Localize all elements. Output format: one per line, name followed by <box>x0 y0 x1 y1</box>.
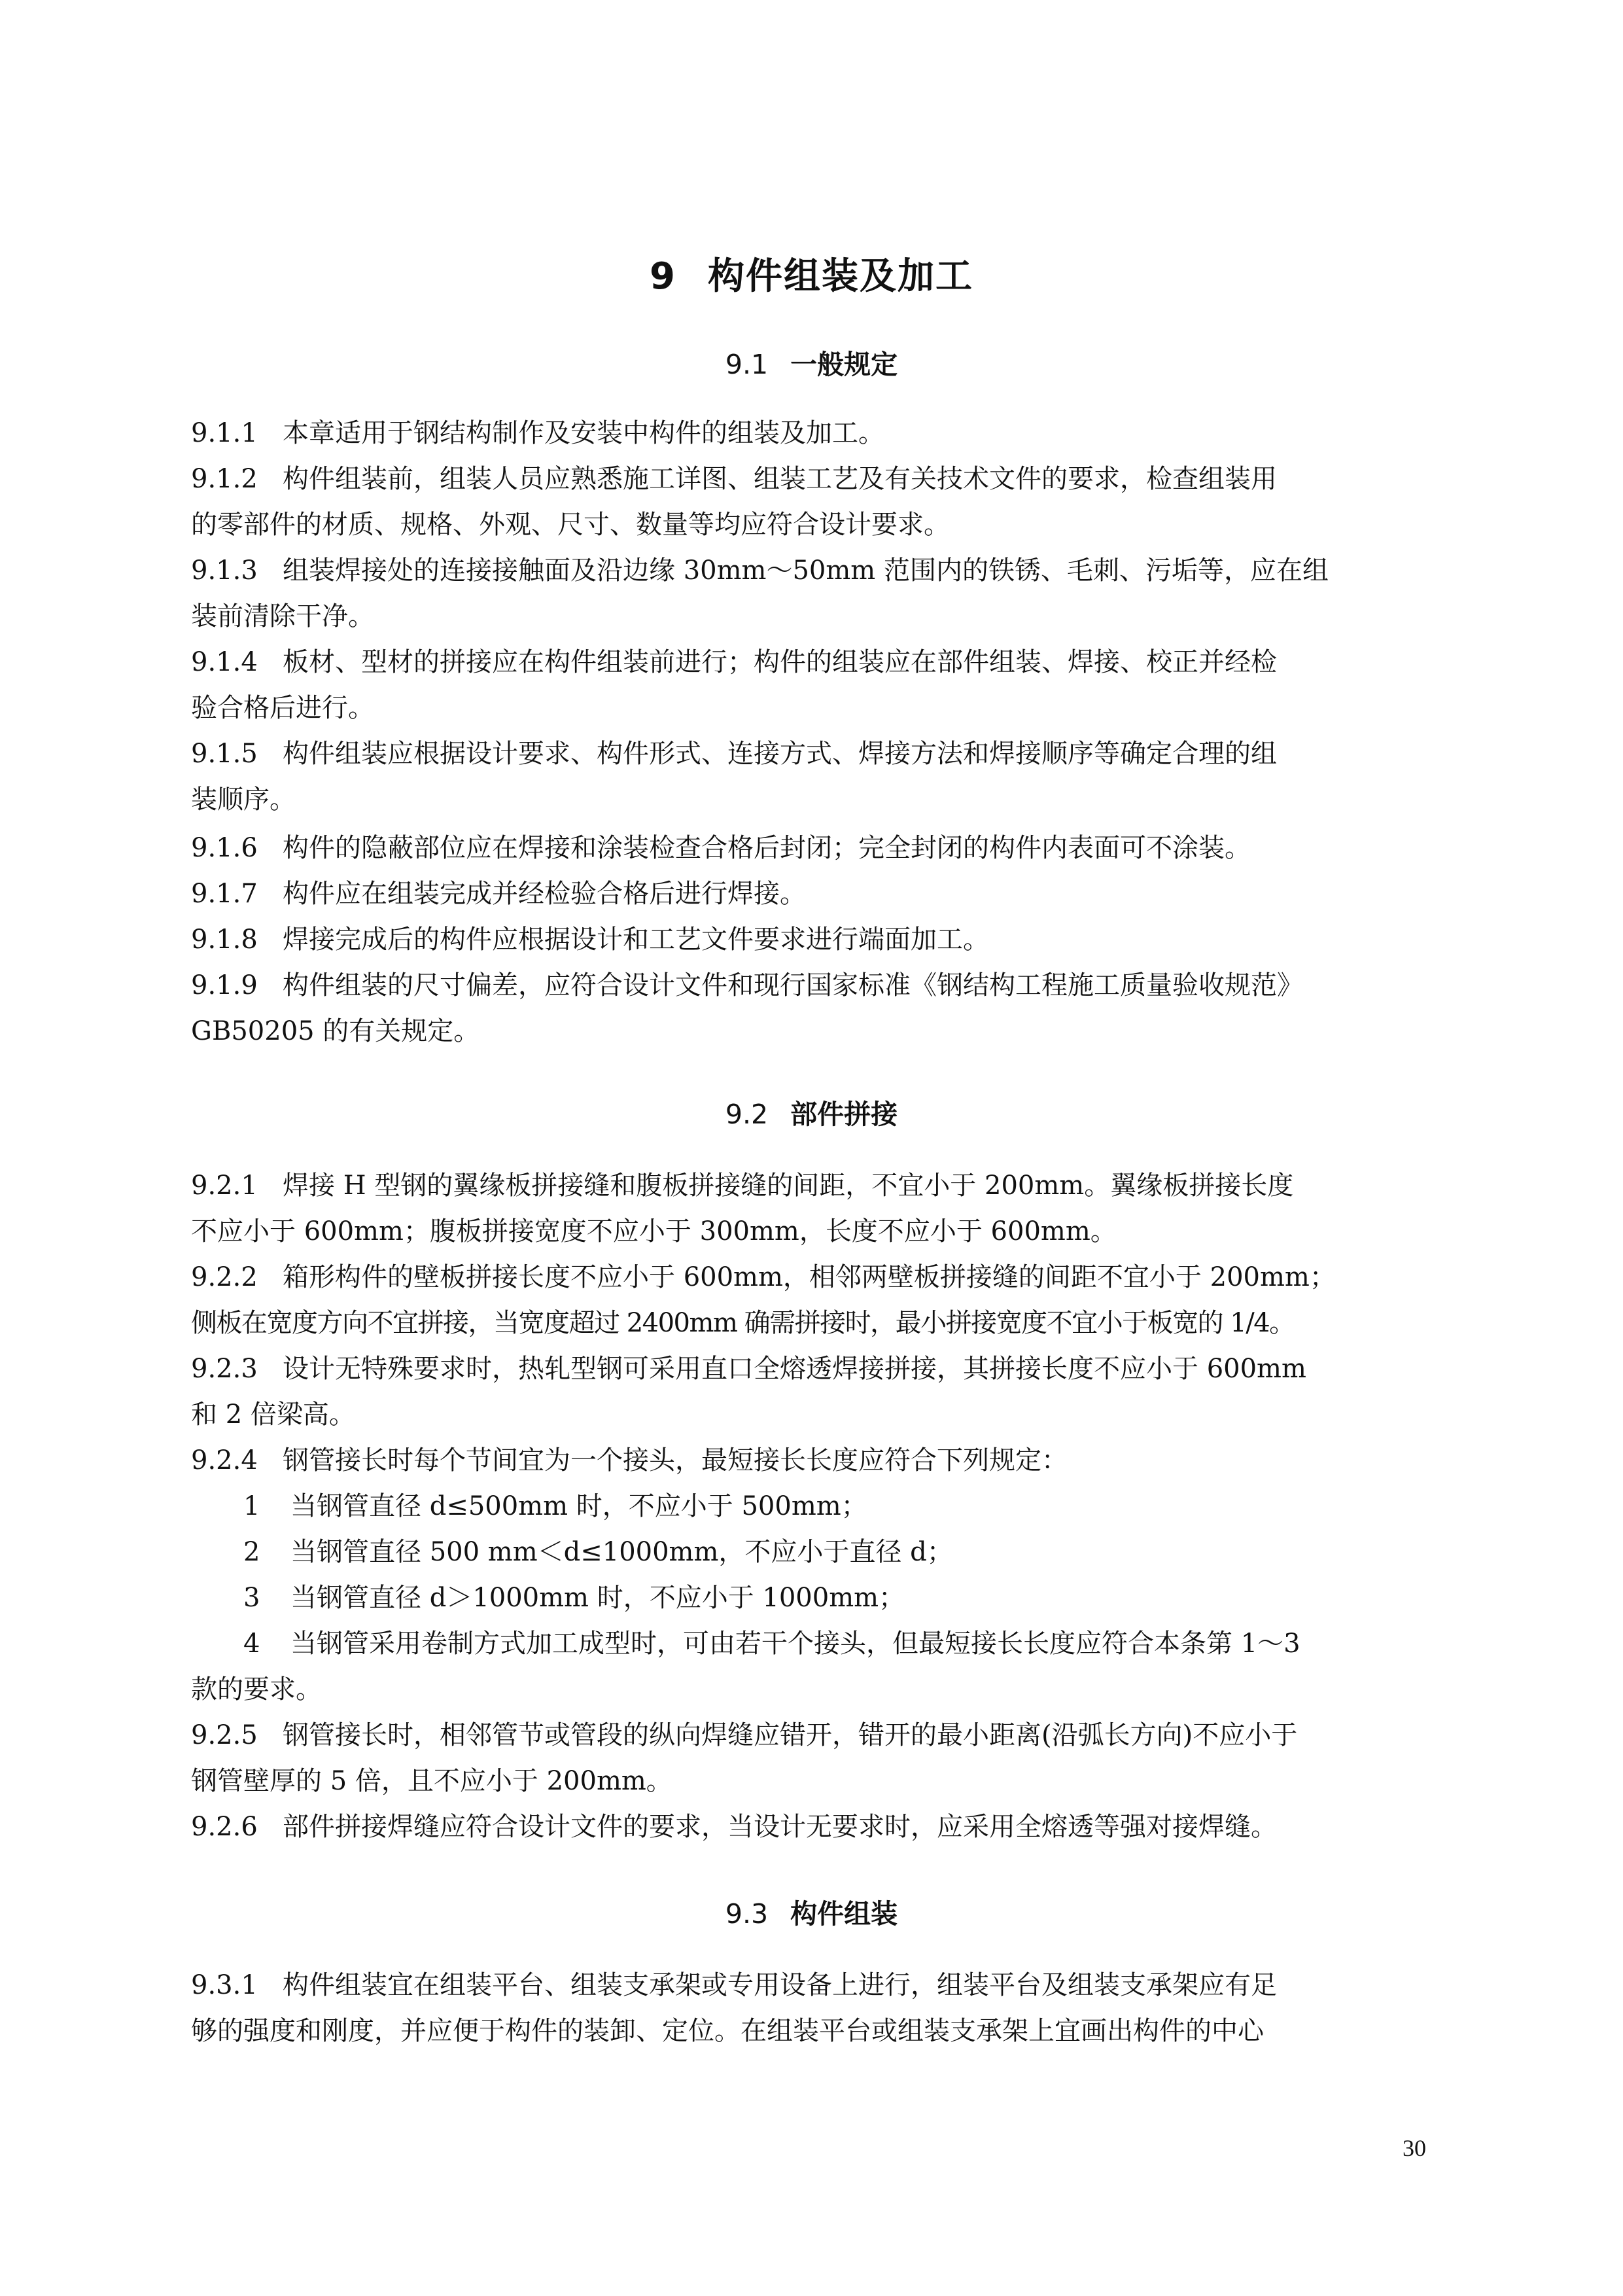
section-number: 9.3 <box>725 1898 768 1930</box>
clause-9-1-5-cont: 装顺序。 <box>191 783 1434 817</box>
clause-text: 设计无特殊要求时，热轧型钢可采用直口全熔透焊接拼接，其拼接长度不应小于 600m… <box>283 1354 1306 1384</box>
page-number: 30 <box>1403 2134 1426 2162</box>
clause-9-2-3: 9.2.3设计无特殊要求时，热轧型钢可采用直口全熔透焊接拼接，其拼接长度不应小于… <box>191 1352 1434 1386</box>
clause-9-2-1: 9.2.1焊接 H 型钢的翼缘板拼接缝和腹板拼接缝的间距，不宜小于 200mm。… <box>191 1169 1434 1203</box>
clause-number: 9.2.4 <box>191 1443 283 1477</box>
clause-text: 钢管壁厚的 5 倍，且不应小于 200mm。 <box>191 1766 672 1796</box>
section-title-text: 一般规定 <box>790 349 898 380</box>
chapter-title: 9构件组装及加工 <box>0 247 1623 300</box>
clause-text: 的零部件的材质、规格、外观、尺寸、数量等均应符合设计要求。 <box>191 510 950 540</box>
clause-9-1-3: 9.1.3组装焊接处的连接接触面及沿边缘 30mm～50mm 范围内的铁锈、毛刺… <box>191 554 1434 588</box>
clause-text: 焊接 H 型钢的翼缘板拼接缝和腹板拼接缝的间距，不宜小于 200mm。翼缘板拼接… <box>283 1171 1293 1201</box>
clause-text: 构件组装宜在组装平台、组装支承架或专用设备上进行，组装平台及组装支承架应有足 <box>283 1970 1277 2000</box>
clause-9-1-6: 9.1.6构件的隐蔽部位应在焊接和涂装检查合格后封闭；完全封闭的构件内表面可不涂… <box>191 831 1434 865</box>
section-title-9-3: 9.3构件组装 <box>0 1892 1623 1931</box>
clause-number: 9.1.7 <box>191 877 283 911</box>
clause-text: 构件组装应根据设计要求、构件形式、连接方式、焊接方法和焊接顺序等确定合理的组 <box>283 739 1277 769</box>
item-text: 款的要求。 <box>191 1674 322 1704</box>
item-number: 2 <box>243 1535 290 1569</box>
clause-9-2-4: 9.2.4钢管接长时每个节间宜为一个接头，最短接长长度应符合下列规定： <box>191 1443 1434 1477</box>
clause-9-2-4-item-4: 4当钢管采用卷制方式加工成型时，可由若干个接头，但最短接长长度应符合本条第 1～… <box>243 1627 1434 1661</box>
clause-9-1-3-cont: 装前清除干净。 <box>191 599 1434 633</box>
clause-text: 组装焊接处的连接接触面及沿边缘 30mm～50mm 范围内的铁锈、毛刺、污垢等，… <box>283 556 1329 586</box>
clause-text: 够的强度和刚度，并应便于构件的装卸、定位。在组装平台或组装支承架上宜画出构件的中… <box>191 2016 1264 2046</box>
clause-9-2-1-cont: 不应小于 600mm；腹板拼接宽度不应小于 300mm，长度不应小于 600mm… <box>191 1214 1434 1248</box>
section-title-text: 构件组装 <box>790 1898 898 1930</box>
clause-9-2-5: 9.2.5钢管接长时，相邻管节或管段的纵向焊缝应错开，错开的最小距离(沿弧长方向… <box>191 1718 1434 1752</box>
clause-number: 9.1.2 <box>191 462 283 496</box>
chapter-title-text: 构件组装及加工 <box>708 255 973 298</box>
section-number: 9.1 <box>725 349 768 380</box>
clause-number: 9.1.4 <box>191 645 283 679</box>
clause-text: 焊接完成后的构件应根据设计和工艺文件要求进行端面加工。 <box>283 925 989 955</box>
clause-text: 构件组装的尺寸偏差，应符合设计文件和现行国家标准《钢结构工程施工质量验收规范》 <box>283 970 1303 1000</box>
clause-number: 9.1.9 <box>191 968 283 1002</box>
clause-9-2-6: 9.2.6部件拼接焊缝应符合设计文件的要求，当设计无要求时，应采用全熔透等强对接… <box>191 1810 1434 1844</box>
clause-text: 钢管接长时每个节间宜为一个接头，最短接长长度应符合下列规定： <box>283 1445 1068 1475</box>
clause-number: 9.2.3 <box>191 1352 283 1386</box>
section-title-9-2: 9.2部件拼接 <box>0 1093 1623 1131</box>
clause-9-2-3-cont: 和 2 倍梁高。 <box>191 1398 1434 1432</box>
clause-9-1-5: 9.1.5构件组装应根据设计要求、构件形式、连接方式、焊接方法和焊接顺序等确定合… <box>191 737 1434 771</box>
clause-text: 构件应在组装完成并经检验合格后进行焊接。 <box>283 879 806 909</box>
clause-9-3-1: 9.3.1构件组装宜在组装平台、组装支承架或专用设备上进行，组装平台及组装支承架… <box>191 1968 1434 2002</box>
document-page: 9构件组装及加工 9.1一般规定 9.1.1本章适用于钢结构制作及安装中构件的组… <box>0 0 1623 2296</box>
clause-number: 9.3.1 <box>191 1968 283 2002</box>
clause-number: 9.2.1 <box>191 1169 283 1203</box>
clause-9-1-9: 9.1.9构件组装的尺寸偏差，应符合设计文件和现行国家标准《钢结构工程施工质量验… <box>191 968 1434 1002</box>
clause-text: GB50205 的有关规定。 <box>191 1016 480 1046</box>
clause-number: 9.1.8 <box>191 923 283 957</box>
clause-9-2-4-item-2: 2当钢管直径 500 mm＜d≤1000mm，不应小于直径 d； <box>243 1535 1486 1569</box>
clause-9-2-2-cont: 侧板在宽度方向不宜拼接，当宽度超过 2400mm 确需拼接时，最小拼接宽度不宜小… <box>191 1306 1434 1340</box>
clause-text: 本章适用于钢结构制作及安装中构件的组装及加工。 <box>283 418 884 448</box>
clause-text: 装前清除干净。 <box>191 601 374 631</box>
clause-text: 验合格后进行。 <box>191 693 374 723</box>
clause-number: 9.1.1 <box>191 416 283 450</box>
clause-9-3-1-cont: 够的强度和刚度，并应便于构件的装卸、定位。在组装平台或组装支承架上宜画出构件的中… <box>191 2014 1434 2048</box>
clause-number: 9.1.6 <box>191 831 283 865</box>
clause-9-1-8: 9.1.8焊接完成后的构件应根据设计和工艺文件要求进行端面加工。 <box>191 923 1434 957</box>
clause-9-1-2: 9.1.2构件组装前，组装人员应熟悉施工详图、组装工艺及有关技术文件的要求，检查… <box>191 462 1434 496</box>
clause-9-2-4-item-4-cont: 款的要求。 <box>191 1672 1434 1706</box>
clause-9-1-4: 9.1.4板材、型材的拼接应在构件组装前进行；构件的组装应在部件组装、焊接、校正… <box>191 645 1434 679</box>
clause-number: 9.1.3 <box>191 554 283 588</box>
clause-9-2-4-item-1: 1当钢管直径 d≤500mm 时，不应小于 500mm； <box>243 1489 1486 1523</box>
clause-9-1-2-cont: 的零部件的材质、规格、外观、尺寸、数量等均应符合设计要求。 <box>191 508 1434 542</box>
item-number: 1 <box>243 1489 290 1523</box>
item-text: 当钢管直径 500 mm＜d≤1000mm，不应小于直径 d； <box>290 1537 953 1567</box>
section-title-9-1: 9.1一般规定 <box>0 343 1623 381</box>
item-text: 当钢管直径 d≤500mm 时，不应小于 500mm； <box>290 1491 867 1521</box>
clause-text: 不应小于 600mm；腹板拼接宽度不应小于 300mm，长度不应小于 600mm… <box>191 1216 1117 1246</box>
clause-text: 钢管接长时，相邻管节或管段的纵向焊缝应错开，错开的最小距离(沿弧长方向)不应小于 <box>283 1720 1297 1750</box>
clause-text: 和 2 倍梁高。 <box>191 1400 355 1430</box>
clause-text: 侧板在宽度方向不宜拼接，当宽度超过 2400mm 确需拼接时，最小拼接宽度不宜小… <box>191 1308 1295 1338</box>
section-title-text: 部件拼接 <box>790 1099 898 1130</box>
clause-text: 板材、型材的拼接应在构件组装前进行；构件的组装应在部件组装、焊接、校正并经检 <box>283 647 1277 677</box>
clause-9-1-7: 9.1.7构件应在组装完成并经检验合格后进行焊接。 <box>191 877 1434 911</box>
clause-text: 构件组装前，组装人员应熟悉施工详图、组装工艺及有关技术文件的要求，检查组装用 <box>283 464 1277 494</box>
clause-text: 构件的隐蔽部位应在焊接和涂装检查合格后封闭；完全封闭的构件内表面可不涂装。 <box>283 833 1251 863</box>
clause-number: 9.2.2 <box>191 1260 283 1294</box>
chapter-number: 9 <box>650 255 676 298</box>
clause-text: 箱形构件的壁板拼接长度不应小于 600mm，相邻两壁板拼接缝的间距不宜小于 20… <box>283 1262 1336 1292</box>
clause-9-2-2: 9.2.2箱形构件的壁板拼接长度不应小于 600mm，相邻两壁板拼接缝的间距不宜… <box>191 1260 1434 1294</box>
clause-9-2-4-item-3: 3当钢管直径 d＞1000mm 时，不应小于 1000mm； <box>243 1581 1486 1615</box>
item-text: 当钢管采用卷制方式加工成型时，可由若干个接头，但最短接长长度应符合本条第 1～3 <box>290 1629 1300 1659</box>
clause-number: 9.2.5 <box>191 1718 283 1752</box>
clause-text: 部件拼接焊缝应符合设计文件的要求，当设计无要求时，应采用全熔透等强对接焊缝。 <box>283 1812 1277 1842</box>
item-number: 4 <box>243 1627 290 1661</box>
clause-number: 9.1.5 <box>191 737 283 771</box>
item-text: 当钢管直径 d＞1000mm 时，不应小于 1000mm； <box>290 1583 905 1613</box>
item-number: 3 <box>243 1581 290 1615</box>
clause-number: 9.2.6 <box>191 1810 283 1844</box>
clause-9-1-9-cont: GB50205 的有关规定。 <box>191 1014 1434 1048</box>
clause-9-2-5-cont: 钢管壁厚的 5 倍，且不应小于 200mm。 <box>191 1764 1434 1798</box>
section-number: 9.2 <box>725 1099 768 1130</box>
clause-9-1-4-cont: 验合格后进行。 <box>191 691 1434 725</box>
clause-text: 装顺序。 <box>191 785 296 815</box>
clause-9-1-1: 9.1.1本章适用于钢结构制作及安装中构件的组装及加工。 <box>191 416 1434 450</box>
